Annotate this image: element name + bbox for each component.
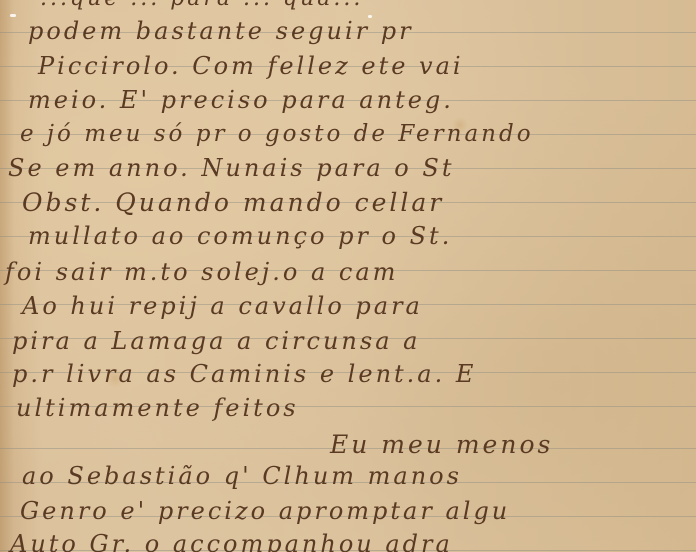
handwritten-line: Eu meu menos xyxy=(330,430,553,459)
paper-fleck xyxy=(368,15,372,18)
handwritten-line: foi sair m.to solej.o a cam xyxy=(5,258,398,286)
handwritten-line: Se em anno. Nunais para o St xyxy=(8,154,454,182)
handwritten-line: meio. E' preciso para anteg. xyxy=(28,86,454,114)
handwritten-line: mullato ao comunço pr o St. xyxy=(28,222,452,250)
handwritten-line: podem bastante seguir pr xyxy=(28,17,414,45)
handwritten-line: Ao hui repij a cavallo para xyxy=(22,292,423,320)
handwritten-line: p.r livra as Caminis e lent.a. E xyxy=(12,360,476,388)
handwritten-line: Genro e' precizo apromptar algu xyxy=(20,497,510,525)
handwritten-line: Piccirolo. Com fellez ete vai xyxy=(38,52,464,80)
paper-fleck xyxy=(10,14,16,17)
handwritten-line: ultimamente feitos xyxy=(16,394,299,422)
handwritten-line: ...que ... para ... qua... xyxy=(40,0,363,11)
manuscript-page: ...que ... para ... qua...podem bastante… xyxy=(0,0,696,552)
handwritten-line: ao Sebastião q' Clhum manos xyxy=(22,462,462,490)
handwritten-line: Auto Gr. o accompanhou adra xyxy=(10,530,453,552)
handwritten-line: e jó meu só pr o gosto de Fernando xyxy=(20,121,534,147)
handwritten-line: Obst. Quando mando cellar xyxy=(22,188,444,217)
handwritten-line: pira a Lamaga a circunsa a xyxy=(12,327,420,355)
